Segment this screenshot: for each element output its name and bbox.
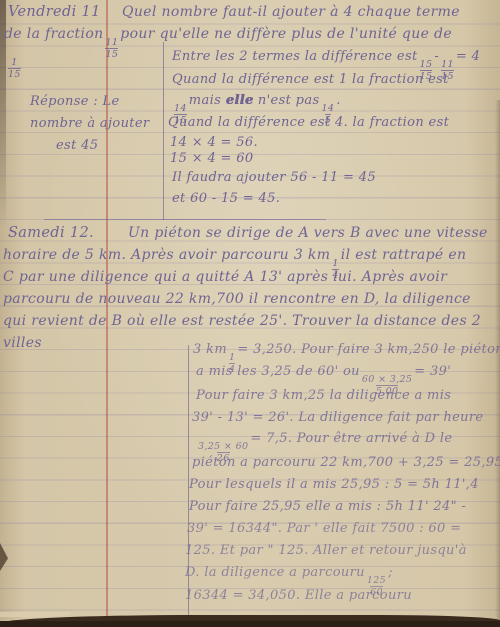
- numerator: 14: [321, 104, 334, 114]
- notebook-page: Vendredi 11 Quel nombre faut-il ajouter …: [0, 0, 500, 627]
- text-segment: = 7,5. Pour être arrivé à D le: [250, 431, 452, 446]
- solution-line: Quand la différence est 4. la fraction e…: [168, 116, 449, 130]
- text-segment: a mis les 3,25 de 60' ou: [196, 364, 360, 379]
- numerator: 1: [11, 58, 17, 68]
- solution-line: 14 × 4 = 56.: [170, 136, 258, 150]
- text-segment: mais: [189, 93, 221, 108]
- solution-line: Il faudra ajouter 56 - 11 = 45: [172, 171, 376, 185]
- entry-date-samedi: Samedi 12.: [8, 226, 94, 242]
- fraction-11-15: 1115: [105, 38, 118, 59]
- answer-margin-line: est 45: [56, 139, 98, 153]
- numerator: 1: [229, 353, 235, 363]
- page-edge-notch: [0, 543, 8, 571]
- solution-line: 125. Et par " 125. Aller et retour jusqu…: [185, 544, 467, 558]
- denominator: 15: [8, 68, 21, 80]
- book-edge-shadow-dark: [0, 621, 500, 627]
- denominator: 15: [105, 48, 118, 60]
- solution-line: Quand la différence est 1 la fraction es…: [172, 73, 449, 87]
- text-segment: n'est pas: [258, 93, 320, 108]
- problem-line: C par une diligence qui a quitté A 13' a…: [3, 270, 447, 285]
- text-segment: Entre les 2 termes la différence est: [172, 49, 418, 64]
- text-segment: -: [434, 49, 439, 64]
- text-segment: de la fraction: [4, 26, 103, 42]
- solution-line: Pour faire 3 km,25 la diligence a mis: [196, 389, 451, 403]
- numerator: 1: [332, 259, 338, 269]
- numerator: 11: [105, 38, 118, 48]
- solution-line: 15 × 4 = 60: [170, 152, 254, 166]
- text-segment: = 3,250. Pour faire 3 km,250 le piéton: [237, 342, 500, 357]
- answer-margin-line: nombre à ajouter: [30, 117, 149, 131]
- text-segment: .: [336, 93, 340, 108]
- numerator: 15: [420, 60, 433, 70]
- text-segment: = 4: [456, 49, 480, 64]
- solution-line: 39' = 16344". Par ' elle fait 7500 : 60 …: [187, 522, 461, 536]
- text-segment: D. la diligence a parcouru: [185, 565, 365, 580]
- overwritten-word: elle: [226, 93, 254, 108]
- problem-line: parcouru de nouveau 22 km,700 il rencont…: [3, 292, 471, 307]
- numerator: 60 × 3,25: [362, 375, 412, 385]
- solution-line: Pour faire 25,95 elle a mis : 5h 11' 24"…: [189, 500, 466, 514]
- red-margin-line: [106, 0, 108, 619]
- column-separator-line-1: [163, 42, 164, 220]
- section-divider-line: [44, 219, 326, 220]
- page-stack-edge: [0, 612, 70, 617]
- problem-line: Quel nombre faut-il ajouter à 4 chaque t…: [122, 5, 460, 20]
- entry-date-vendredi: Vendredi 11: [8, 5, 101, 21]
- text-segment: il est rattrapé en: [341, 247, 467, 263]
- solution-line: et 60 - 15 = 45.: [172, 192, 280, 206]
- text-segment: = 39': [414, 364, 451, 379]
- numerator: 3,25 × 60: [198, 442, 248, 452]
- problem-line: 115: [6, 47, 23, 79]
- fraction-1-15: 115: [8, 58, 21, 79]
- solution-line: piéton a parcouru 22 km,700 + 3,25 = 25,…: [192, 456, 500, 470]
- numerator: 125: [367, 576, 386, 586]
- solution-line: 16344 = 34,050. Elle a parcouru: [185, 589, 412, 603]
- text-segment: horaire de 5 km. Après avoir parcouru 3 …: [3, 247, 330, 263]
- solution-line: 39' - 13' = 26'. La diligence fait par h…: [192, 411, 483, 425]
- problem-line: qui revient de B où elle est restée 25'.…: [3, 314, 481, 329]
- problem-line: villes: [3, 336, 42, 351]
- numerator: 14: [174, 104, 187, 114]
- numerator: 11: [441, 60, 454, 70]
- answer-margin-line: Réponse : Le: [30, 95, 120, 109]
- text-segment: pour qu'elle ne diffère plus de l'unité …: [120, 26, 452, 42]
- problem-line: Un piéton se dirige de A vers B avec une…: [128, 226, 488, 241]
- solution-line: Pour lesquels il a mis 25,95 : 5 = 5h 11…: [189, 478, 479, 492]
- text-segment: 3 km: [193, 342, 227, 357]
- text-segment: ;: [388, 565, 393, 580]
